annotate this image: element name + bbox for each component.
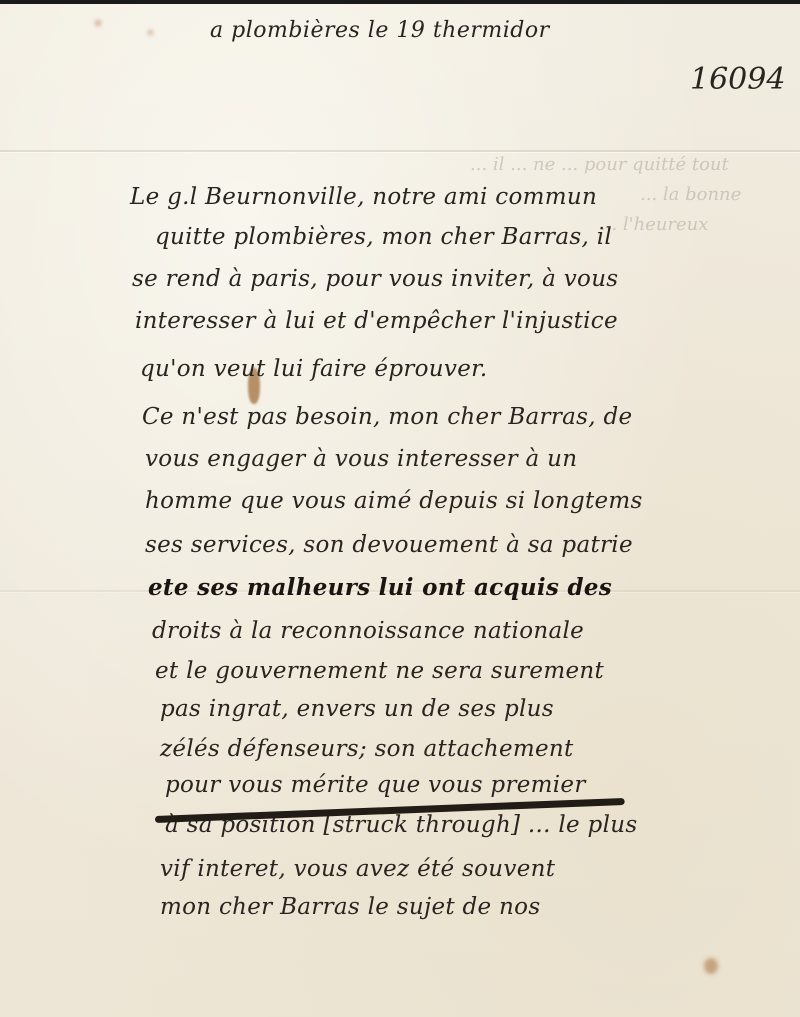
letter-line: vif interet, vous avez été souvent	[160, 856, 555, 882]
bleed-through-text: ... la bonne	[640, 184, 741, 205]
letter-line: pas ingrat, envers un de ses plus	[160, 696, 554, 722]
letter-line: mon cher Barras le sujet de nos	[160, 894, 540, 920]
reference-number: 16094	[690, 62, 785, 97]
foxing-spot	[704, 958, 718, 974]
letter-line: qu'on veut lui faire éprouver.	[140, 356, 488, 382]
paper-fold-line	[0, 150, 800, 152]
foxing-spot	[148, 30, 153, 35]
letter-line: vous engager à vous interesser à un	[145, 446, 577, 472]
letter-page: a plombières le 19 thermidor 16094 ... i…	[0, 4, 800, 1017]
letter-line: Ce n'est pas besoin, mon cher Barras, de	[142, 404, 632, 430]
letter-line: ses services, son devouement à sa patrie	[145, 532, 633, 558]
letter-line: zélés défenseurs; son attachement	[160, 736, 574, 762]
letter-line: homme que vous aimé depuis si longtems	[145, 488, 643, 514]
letter-line: se rend à paris, pour vous inviter, à vo…	[132, 266, 618, 292]
letter-line: ete ses malheurs lui ont acquis des	[148, 574, 612, 601]
letter-line: quitte plombières, mon cher Barras, il	[155, 224, 612, 250]
letter-line: interesser à lui et d'empêcher l'injusti…	[135, 308, 618, 334]
letter-line: droits à la reconnoissance nationale	[152, 618, 584, 644]
letter-line: pour vous mérite que vous premier	[165, 772, 586, 798]
letter-line: et le gouvernement ne sera surement	[155, 658, 604, 684]
letter-line: Le g.l Beurnonville, notre ami commun	[130, 184, 597, 210]
bleed-through-text: ... l'heureux	[600, 214, 708, 235]
foxing-spot	[95, 20, 101, 26]
place-date-heading: a plombières le 19 thermidor	[210, 18, 550, 43]
bleed-through-text: ... il ... ne ... pour quitté tout	[470, 154, 729, 175]
